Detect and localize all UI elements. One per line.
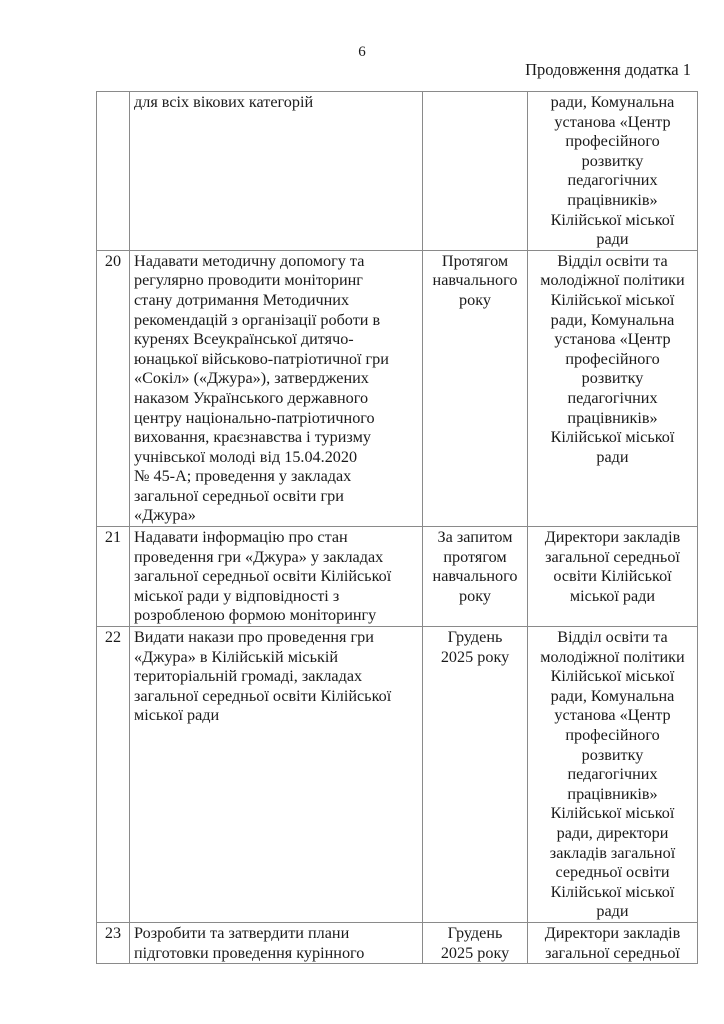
row-number: 20 bbox=[97, 250, 130, 526]
cell-text-line: юнацької військово-патріотичної гри bbox=[134, 350, 418, 370]
cell-text-line: рекомендацій з організації роботи в bbox=[134, 311, 418, 331]
cell-text-line: розвитку bbox=[532, 746, 693, 766]
cell-text-line: Видати накази про проведення гри bbox=[134, 628, 418, 648]
cell-text-line: професійного bbox=[532, 726, 693, 746]
cell-text-line: для всіх вікових категорій bbox=[134, 93, 418, 113]
continuation-label: Продовження додатка 1 bbox=[525, 60, 691, 80]
row-number bbox=[97, 92, 130, 251]
table-row: 21 Надавати інформацію про станпроведенн… bbox=[97, 527, 698, 627]
cell-text-line: ради, Комунальна bbox=[532, 311, 693, 331]
cell-text-line: розробленою формою моніторингу bbox=[134, 606, 418, 626]
cell-text-line: 2025 року bbox=[427, 944, 523, 964]
cell-text-line: загальної середньої bbox=[532, 548, 693, 568]
cell-text-line: Кілійської міської bbox=[532, 428, 693, 448]
cell-text-line: молодіжної політики bbox=[532, 271, 693, 291]
cell-text-line: № 45-А; проведення у закладах bbox=[134, 467, 418, 487]
cell-text-line: ради, Комунальна bbox=[532, 93, 693, 113]
cell-text-line: загальної середньої освіти гри bbox=[134, 487, 418, 507]
cell-text-line: працівників» bbox=[532, 409, 693, 429]
cell-text-line: ради bbox=[532, 902, 693, 922]
cell-text-line: педагогічних bbox=[532, 171, 693, 191]
cell-text-line: навчального bbox=[427, 271, 523, 291]
action-plan-table: для всіх вікових категорій ради, Комунал… bbox=[96, 91, 698, 964]
page-number: 6 bbox=[0, 44, 724, 61]
cell-text-line: регулярно проводити моніторинг bbox=[134, 271, 418, 291]
responsible-cell: ради, Комунальнаустанова «Центрпрофесійн… bbox=[528, 92, 698, 251]
cell-text-line: «Сокіл» («Джура»), затверджених bbox=[134, 369, 418, 389]
task-cell: Розробити та затвердити планипідготовки … bbox=[130, 922, 423, 963]
cell-text-line: Відділ освіти та bbox=[532, 252, 693, 272]
cell-text-line: закладів загальної bbox=[532, 844, 693, 864]
table-row: 22 Видати накази про проведення гри«Джур… bbox=[97, 627, 698, 923]
responsible-cell: Директори закладівзагальної середньої bbox=[528, 922, 698, 963]
responsible-cell: Відділ освіти тамолодіжної політикиКілій… bbox=[528, 627, 698, 923]
cell-text-line: куренях Всеукраїнської дитячо- bbox=[134, 330, 418, 350]
cell-text-line: ради, директори bbox=[532, 824, 693, 844]
task-cell: Надавати методичну допомогу тарегулярно … bbox=[130, 250, 423, 526]
term-cell: Протягомнавчальногороку bbox=[423, 250, 528, 526]
table-body: для всіх вікових категорій ради, Комунал… bbox=[97, 92, 698, 964]
cell-text-line: професійного bbox=[532, 132, 693, 152]
task-cell: Надавати інформацію про станпроведення г… bbox=[130, 527, 423, 627]
cell-text-line: За запитом bbox=[427, 528, 523, 548]
cell-text-line: року bbox=[427, 587, 523, 607]
cell-text-line: працівників» bbox=[532, 785, 693, 805]
responsible-cell: Відділ освіти тамолодіжної політикиКілій… bbox=[528, 250, 698, 526]
task-cell: Видати накази про проведення гри«Джура» … bbox=[130, 627, 423, 923]
cell-text-line: розвитку bbox=[532, 369, 693, 389]
row-number: 21 bbox=[97, 527, 130, 627]
cell-text-line: Директори закладів bbox=[532, 528, 693, 548]
cell-text-line: 2025 року bbox=[427, 648, 523, 668]
row-number: 22 bbox=[97, 627, 130, 923]
cell-text-line: міської ради у відповідності з bbox=[134, 587, 418, 607]
cell-text-line: Кілійської міської bbox=[532, 291, 693, 311]
cell-text-line: ради bbox=[532, 448, 693, 468]
cell-text-line: Відділ освіти та bbox=[532, 628, 693, 648]
cell-text-line: установа «Центр bbox=[532, 113, 693, 133]
term-cell: Грудень2025 року bbox=[423, 627, 528, 923]
cell-text-line: «Джура» в Кілійській міській bbox=[134, 648, 418, 668]
term-cell bbox=[423, 92, 528, 251]
cell-text-line: Надавати інформацію про стан bbox=[134, 528, 418, 548]
table-row: 20 Надавати методичну допомогу тарегуляр… bbox=[97, 250, 698, 526]
cell-text-line: Кілійської міської bbox=[532, 667, 693, 687]
cell-text-line: розвитку bbox=[532, 152, 693, 172]
cell-text-line: освіти Кілійської bbox=[532, 567, 693, 587]
cell-text-line: територіальній громаді, закладах bbox=[134, 667, 418, 687]
cell-text-line: загальної середньої bbox=[532, 944, 693, 964]
cell-text-line: середньої освіти bbox=[532, 863, 693, 883]
cell-text-line: загальної середньої освіти Кілійської bbox=[134, 687, 418, 707]
cell-text-line: навчального bbox=[427, 567, 523, 587]
cell-text-line: проведення гри «Джура» у закладах bbox=[134, 548, 418, 568]
cell-text-line: Кілійської міської bbox=[532, 804, 693, 824]
cell-text-line: Надавати методичну допомогу та bbox=[134, 252, 418, 272]
term-cell: За запитомпротягомнавчальногороку bbox=[423, 527, 528, 627]
cell-text-line: працівників» bbox=[532, 191, 693, 211]
cell-text-line: установа «Центр bbox=[532, 330, 693, 350]
cell-text-line: ради bbox=[532, 230, 693, 250]
table-row: 23 Розробити та затвердити планипідготов… bbox=[97, 922, 698, 963]
cell-text-line: підготовки проведення курінного bbox=[134, 944, 418, 964]
row-number: 23 bbox=[97, 922, 130, 963]
cell-text-line: Протягом bbox=[427, 252, 523, 272]
cell-text-line: центру національно-патріотичного bbox=[134, 409, 418, 429]
cell-text-line: педагогічних bbox=[532, 389, 693, 409]
cell-text-line: протягом bbox=[427, 548, 523, 568]
cell-text-line: Розробити та затвердити плани bbox=[134, 924, 418, 944]
cell-text-line: Директори закладів bbox=[532, 924, 693, 944]
cell-text-line: ради, Комунальна bbox=[532, 687, 693, 707]
cell-text-line: міської ради bbox=[532, 587, 693, 607]
cell-text-line: Грудень bbox=[427, 628, 523, 648]
cell-text-line: загальної середньої освіти Кілійської bbox=[134, 567, 418, 587]
cell-text-line: виховання, краєзнавства і туризму bbox=[134, 428, 418, 448]
responsible-cell: Директори закладівзагальної середньоїосв… bbox=[528, 527, 698, 627]
cell-text-line: Кілійської міської bbox=[532, 883, 693, 903]
term-cell: Грудень2025 року bbox=[423, 922, 528, 963]
cell-text-line: професійного bbox=[532, 350, 693, 370]
cell-text-line: наказом Українського державного bbox=[134, 389, 418, 409]
cell-text-line: педагогічних bbox=[532, 765, 693, 785]
cell-text-line: року bbox=[427, 291, 523, 311]
cell-text-line: молодіжної політики bbox=[532, 648, 693, 668]
cell-text-line: «Джура» bbox=[134, 506, 418, 526]
task-cell: для всіх вікових категорій bbox=[130, 92, 423, 251]
cell-text-line: Кілійської міської bbox=[532, 211, 693, 231]
cell-text-line: міської ради bbox=[134, 706, 418, 726]
cell-text-line: Грудень bbox=[427, 924, 523, 944]
cell-text-line: стану дотримання Методичних bbox=[134, 291, 418, 311]
cell-text-line: учнівської молоді від 15.04.2020 bbox=[134, 448, 418, 468]
cell-text-line: установа «Центр bbox=[532, 706, 693, 726]
table-row: для всіх вікових категорій ради, Комунал… bbox=[97, 92, 698, 251]
